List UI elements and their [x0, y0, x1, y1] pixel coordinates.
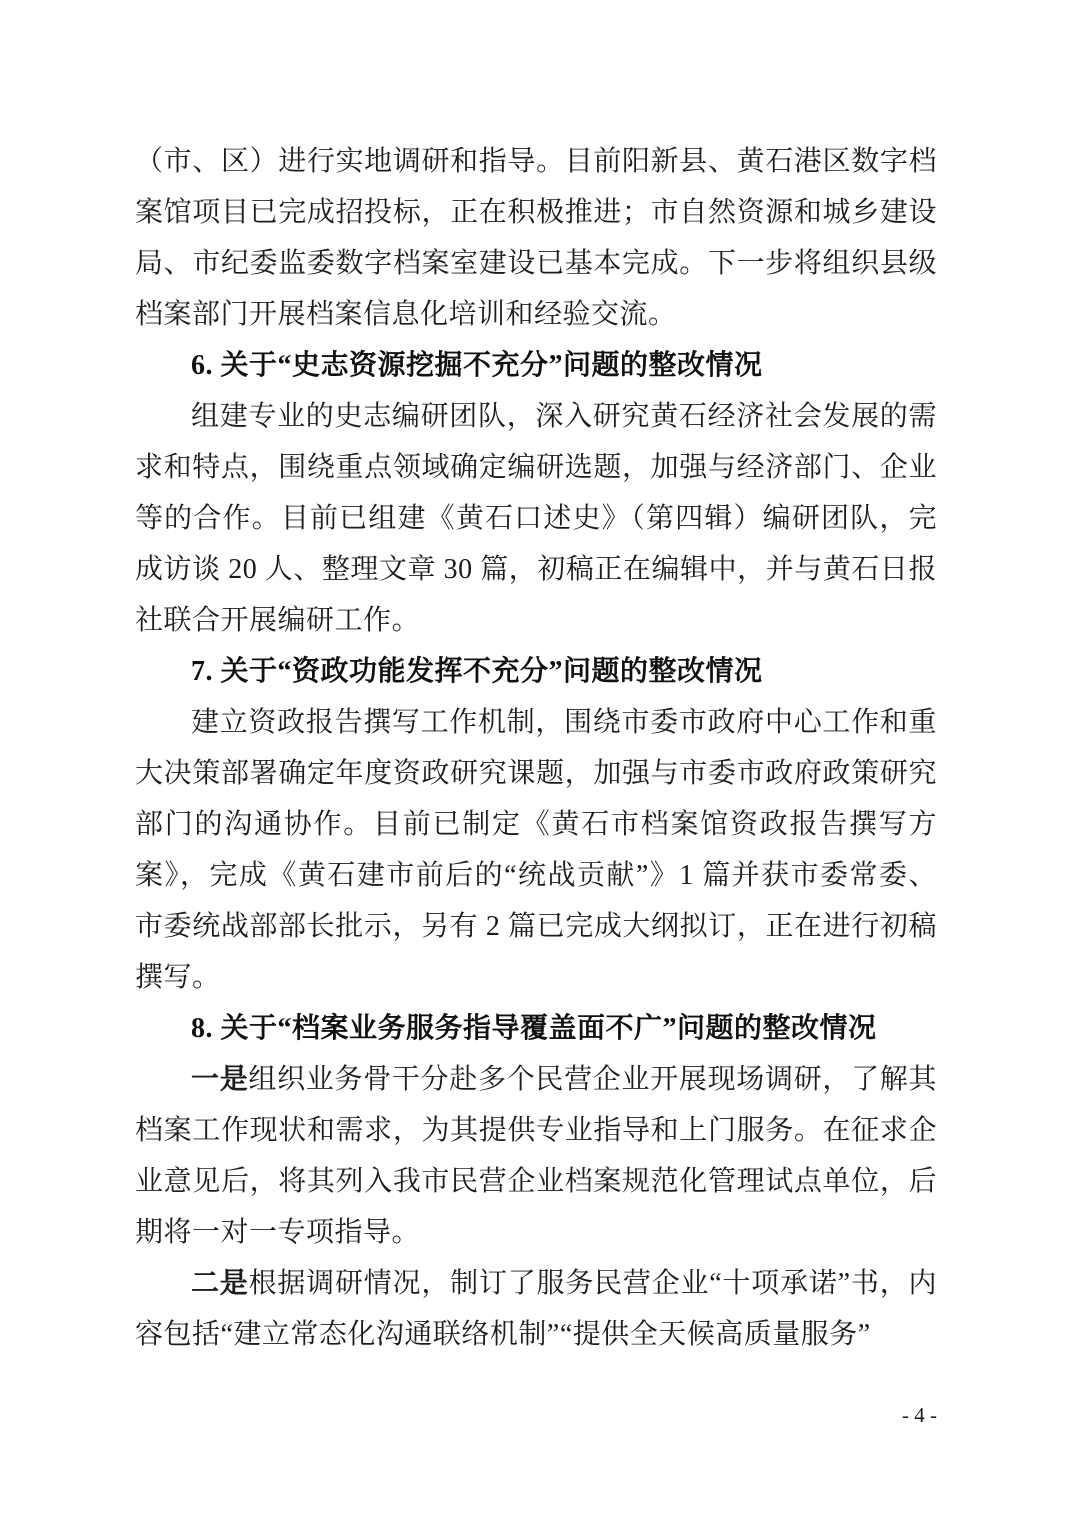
paragraph-section-7: 建立资政报告撰写工作机制，围绕市委市政府中心工作和重大决策部署确定年度资政研究课… [135, 697, 937, 1003]
paragraph-text: 组织业务骨干分赴多个民营企业开展现场调研，了解其档案工作现状和需求，为其提供专业… [135, 1064, 937, 1248]
paragraph-section-6: 组建专业的史志编研团队，深入研究黄石经济社会发展的需求和特点，围绕重点领域确定编… [135, 391, 937, 646]
paragraph-lead-ershi: 二是 [191, 1268, 249, 1299]
section-heading-7: 7. 关于“资政功能发挥不充分”问题的整改情况 [135, 646, 937, 697]
page-footer: - 4 - [135, 1402, 937, 1428]
paragraph-section-8-second: 二是根据调研情况，制订了服务民营企业“十项承诺”书，内容包括“建立常态化沟通联络… [135, 1258, 937, 1360]
section-heading-6: 6. 关于“史志资源挖掘不充分”问题的整改情况 [135, 340, 937, 391]
paragraph-text: 根据调研情况，制订了服务民营企业“十项承诺”书，内容包括“建立常态化沟通联络机制… [135, 1268, 937, 1350]
section-heading-8: 8. 关于“档案业务服务指导覆盖面不广”问题的整改情况 [135, 1003, 937, 1054]
page-number: - 4 - [902, 1403, 937, 1427]
paragraph-lead-yishi: 一是 [191, 1064, 248, 1095]
document-body: （市、区）进行实地调研和指导。目前阳新县、黄石港区数字档案馆项目已完成招投标，正… [135, 136, 937, 1360]
paragraph-section-8-first: 一是组织业务骨干分赴多个民营企业开展现场调研，了解其档案工作现状和需求，为其提供… [135, 1054, 937, 1258]
paragraph-continuation: （市、区）进行实地调研和指导。目前阳新县、黄石港区数字档案馆项目已完成招投标，正… [135, 136, 937, 340]
document-page: （市、区）进行实地调研和指导。目前阳新县、黄石港区数字档案馆项目已完成招投标，正… [0, 0, 1074, 1520]
